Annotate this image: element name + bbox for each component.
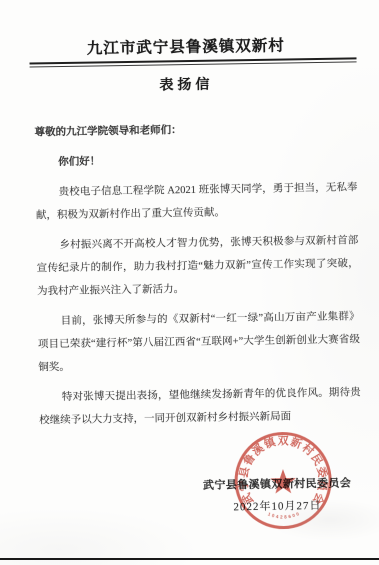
letterhead-divider: [30, 57, 357, 67]
letter-body: 尊敬的九江学院领导和老师们： 你们好！ 贵校电子信息工程学院 A2021 班张博…: [34, 116, 361, 439]
letter-document: 九江市武宁县鲁溪镇双新村 表扬信 尊敬的九江学院领导和老师们： 你们好！ 贵校电…: [0, 0, 379, 565]
paragraph-commendation: 特对张博天提出表扬，望他继续发扬新青年的优良作风。期待贵校继续予以大力支持，一同…: [39, 381, 362, 432]
greeting: 你们好！: [35, 146, 357, 174]
seal-star-icon: [270, 469, 296, 494]
scanned-letter-page: 九江市武宁县鲁溪镇双新村 表扬信 尊敬的九江学院领导和老师们： 你们好！ 贵校电…: [0, 0, 379, 565]
salutation: 尊敬的九江学院领导和老师们：: [34, 116, 356, 144]
paragraph-contribution: 贵校电子信息工程学院 A2021 班张博天同学，勇于担当，无私奉献，积极为双新村…: [35, 176, 358, 227]
official-seal: 武宁县鲁溪镇双新村民委员会 1042860040: [230, 428, 336, 534]
scan-edge-line: [0, 558, 379, 560]
paragraph-award: 目前，张博天所参与的《双新村“一红一绿”高山万亩产业集群》项目已荣获“建行杯”第…: [37, 305, 360, 379]
letterhead-organization: 九江市武宁县鲁溪镇双新村: [0, 32, 375, 60]
letter-title: 表扬信: [0, 71, 376, 97]
paragraph-documentary: 乡村振兴离不开高校人才智力优势，张博天积极参与双新村首部宣传纪录片的制作，助力我…: [36, 229, 359, 303]
